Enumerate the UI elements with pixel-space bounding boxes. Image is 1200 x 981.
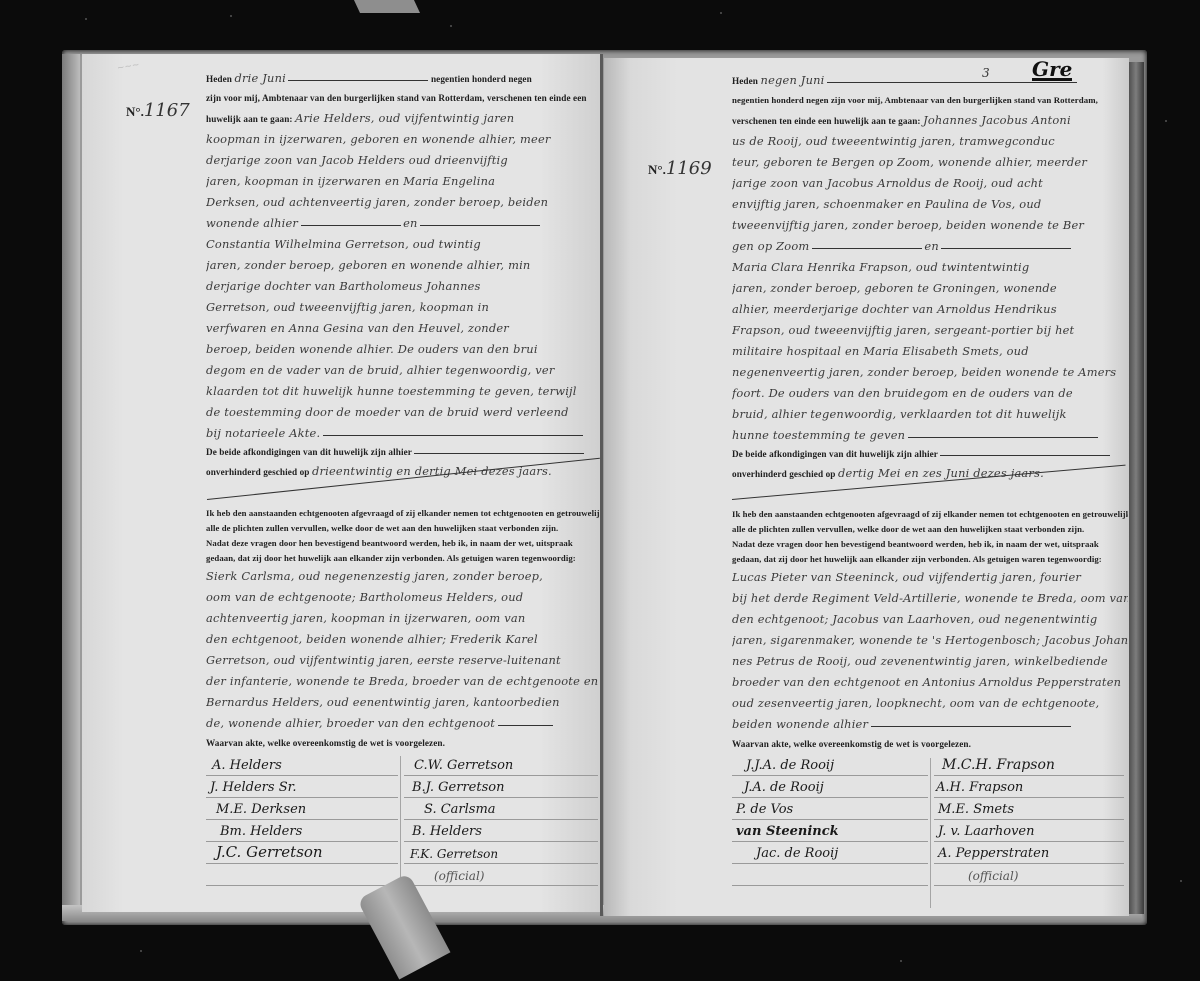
declaration-block: Ik heb den aanstaanden echtgenooten afge…	[206, 506, 602, 752]
dust-speck	[230, 15, 232, 17]
signature-row: J. Helders Sr.	[206, 776, 398, 798]
fill-rule	[288, 79, 428, 81]
printed-text: negentien honderd negen	[431, 74, 532, 84]
left-page: ~~~ N°.1167 Heden drie Juni negentien ho…	[82, 54, 602, 912]
declaration-line: alle de plichten zullen vervullen, welke…	[732, 522, 1128, 537]
witness-line: den echtgenoot, beiden wonende alhier; F…	[206, 629, 602, 650]
witness-line: Sierk Carlsma, oud negenenzestig jaren, …	[206, 566, 602, 587]
record-line: derjarige zoon van Jacob Helders oud dri…	[206, 150, 598, 171]
record-line: negentien honderd negen zijn voor mij, A…	[732, 91, 1124, 110]
declaration-line: Ik heb den aanstaanden echtgenooten afge…	[206, 506, 602, 521]
signature-row: A. Pepperstraten	[934, 842, 1124, 864]
printed-text: De beide afkondigingen van dit huwelijk …	[206, 447, 412, 457]
printed-text: De beide afkondigingen van dit huwelijk …	[732, 449, 938, 459]
record-line: degom en de vader van de bruid, alhier t…	[206, 360, 598, 381]
record-line: jaren, zonder beroep, geboren en wonende…	[206, 255, 598, 276]
record-line: koopman in ijzerwaren, geboren en wonend…	[206, 129, 598, 150]
signature: van Steeninck	[736, 824, 839, 839]
fill-rule	[812, 247, 922, 249]
record-line: huwelijk aan te gaan: Arie Helders, oud …	[206, 108, 598, 129]
record-line: militaire hospitaal en Maria Elisabeth S…	[732, 341, 1124, 362]
entry-number-prefix: N°.	[648, 162, 666, 177]
fill-rule	[908, 436, 1098, 438]
witness-line: Bernardus Helders, oud eenentwintig jare…	[206, 692, 602, 713]
record-line: jarige zoon van Jacobus Arnoldus de Rooi…	[732, 173, 1124, 194]
dust-speck	[85, 18, 87, 20]
dust-speck	[720, 12, 722, 14]
witness-line: achtenveertig jaren, koopman in ijzerwar…	[206, 608, 602, 629]
signature: J.C. Gerretson	[216, 843, 323, 861]
handwritten-date: drie Juni	[235, 71, 286, 85]
declaration-line: Nadat deze vragen door hen bevestigend b…	[206, 536, 602, 551]
record-line: bij notarieele Akte.	[206, 423, 598, 444]
fill-rule	[414, 452, 584, 454]
fill-rule	[941, 247, 1071, 249]
record-line: teur, geboren te Bergen op Zoom, wonende…	[732, 152, 1124, 173]
handwritten-text: hunne toestemming te geven	[732, 428, 905, 442]
signature-row: M.E. Smets	[934, 798, 1124, 820]
bride-name: Maria Clara Henrika Frapson, oud twinten…	[732, 257, 1124, 278]
witness-line: oom van de echtgenoote; Bartholomeus Hel…	[206, 587, 602, 608]
record-line: hunne toestemming te geven	[732, 425, 1124, 446]
signatures-right-column: M.C.H. Frapson A.H. Frapson M.E. Smets J…	[934, 754, 1124, 886]
proclamation-line-1: De beide afkondigingen van dit huwelijk …	[732, 446, 1124, 463]
declaration-line: gedaan, dat zij door het huwelijk aan el…	[732, 552, 1128, 567]
signature-row: M.E. Derksen	[206, 798, 398, 820]
signature: A. Pepperstraten	[938, 846, 1049, 861]
signature: B. Helders	[412, 824, 482, 839]
handwritten-text: gen op Zoom	[732, 239, 809, 253]
record-line: Gerretson, oud tweeenvijftig jaren, koop…	[206, 297, 598, 318]
printed-text: negentien honderd negen zijn voor mij, A…	[732, 95, 1098, 105]
record-line: Frapson, oud tweeenvijftig jaren, sergea…	[732, 320, 1124, 341]
dust-speck	[450, 25, 452, 27]
bride-name: Constantia Wilhelmina Gerretson, oud twi…	[206, 234, 598, 255]
signature-row: A. Helders	[206, 754, 398, 776]
signature: J. v. Laarhoven	[938, 824, 1035, 839]
record-line: Derksen, oud achtenveertig jaren, zonder…	[206, 192, 598, 213]
signature-row: C.W. Gerretson	[404, 754, 598, 776]
record-line: jaren, zonder beroep, geboren te Groning…	[732, 278, 1124, 299]
handwritten-text: wonende alhier	[206, 216, 298, 230]
witness-line: den echtgenoot; Jacobus van Laarhoven, o…	[732, 609, 1128, 630]
signature: A.H. Frapson	[936, 780, 1023, 795]
signature: C.W. Gerretson	[414, 758, 513, 773]
printed-text: zijn voor mij, Ambtenaar van den burgerl…	[206, 93, 587, 103]
signature-row: J.A. de Rooij	[732, 776, 928, 798]
signature-row: van Steeninck	[732, 820, 928, 842]
declaration-block: Ik heb den aanstaanden echtgenooten afge…	[732, 507, 1128, 753]
marriage-record-body: Heden drie Juni negentien honderd negen …	[206, 68, 598, 482]
signature: F.K. Gerretson	[410, 847, 498, 861]
cover-edge-left	[62, 54, 80, 920]
pencil-mark: ~~~	[116, 60, 140, 74]
signature-row: Jac. de Rooij	[732, 842, 928, 864]
fill-rule	[323, 434, 583, 436]
witness-line: broeder van den echtgenoot en Antonius A…	[732, 672, 1128, 693]
connector-en: en	[924, 239, 938, 253]
signature-row: B. Helders	[404, 820, 598, 842]
entry-number-value: 1167	[144, 100, 190, 121]
record-line: gen op Zoom en	[732, 236, 1124, 257]
printed-text: verschenen ten einde een huwelijk aan te…	[732, 116, 921, 126]
signature: M.C.H. Frapson	[942, 757, 1055, 773]
record-line: us de Rooij, oud tweeentwintig jaren, tr…	[732, 131, 1124, 152]
printed-text: onverhinderd geschied op	[732, 469, 835, 479]
printed-text: Heden	[732, 76, 758, 86]
signature: J.A. de Rooij	[744, 780, 824, 795]
groom-name: Johannes Jacobus Antoni	[923, 113, 1071, 127]
signature-row: (official)	[404, 864, 598, 886]
signature: M.E. Smets	[938, 802, 1014, 817]
dust-speck	[1165, 120, 1167, 122]
signature-row: Bm. Helders	[206, 820, 398, 842]
signature-row	[732, 864, 928, 886]
signature: S. Carlsma	[424, 802, 496, 817]
record-line: beroep, beiden wonende alhier. De ouders…	[206, 339, 598, 360]
witness-line: Gerretson, oud vijfentwintig jaren, eers…	[206, 650, 602, 671]
signature-row: (official)	[934, 864, 1124, 886]
printed-text: onverhinderd geschied op	[206, 467, 309, 477]
declaration-line: gedaan, dat zij door het huwelijk aan el…	[206, 551, 602, 566]
printed-text: huwelijk aan te gaan:	[206, 114, 293, 124]
witness-line: oud zesenveertig jaren, loopknecht, oom …	[732, 693, 1128, 714]
signatures-left-column: J.J.A. de Rooij J.A. de Rooij P. de Vos …	[732, 754, 928, 886]
entry-number-prefix: N°.	[126, 104, 144, 119]
signature-row: J. v. Laarhoven	[934, 820, 1124, 842]
record-line: tweeenvijftig jaren, zonder beroep, beid…	[732, 215, 1124, 236]
book-gutter	[600, 54, 603, 916]
signature: B.J. Gerretson	[412, 780, 504, 795]
record-line: bruid, alhier tegenwoordig, verklaarden …	[732, 404, 1124, 425]
record-line: foort. De ouders van den bruidegom en de…	[732, 383, 1124, 404]
fill-rule	[498, 724, 553, 726]
signature: J. Helders Sr.	[210, 780, 297, 795]
witness-line: der infanterie, wonende te Breda, broede…	[206, 671, 602, 692]
printed-text: Heden	[206, 74, 232, 84]
record-line: derjarige dochter van Bartholomeus Johan…	[206, 276, 598, 297]
record-line: verschenen ten einde een huwelijk aan te…	[732, 110, 1124, 131]
signature: A. Helders	[212, 758, 282, 773]
witness-line: Lucas Pieter van Steeninck, oud vijfende…	[732, 567, 1128, 588]
official-signature: (official)	[434, 869, 484, 883]
entry-number: N°.1169	[648, 158, 712, 179]
official-signature: (official)	[968, 869, 1018, 883]
fill-rule	[827, 81, 1077, 83]
record-line: Heden negen Juni	[732, 70, 1124, 91]
bookmark-tab-top	[354, 0, 420, 13]
fill-rule	[420, 224, 540, 226]
signature-row: P. de Vos	[732, 798, 928, 820]
signature-row: J.C. Gerretson	[206, 842, 398, 864]
record-line: Heden drie Juni negentien honderd negen	[206, 68, 598, 89]
record-line: verfwaren en Anna Gesina van den Heuvel,…	[206, 318, 598, 339]
closing-statement: Waarvan akte, welke overeenkomstig de we…	[206, 734, 602, 752]
signature: M.E. Derksen	[216, 802, 306, 817]
signature-row: J.J.A. de Rooij	[732, 754, 928, 776]
witness-line: de, wonende alhier, broeder van den echt…	[206, 713, 602, 734]
signature: P. de Vos	[736, 802, 793, 817]
record-line: jaren, koopman in ijzerwaren en Maria En…	[206, 171, 598, 192]
fill-rule	[301, 224, 401, 226]
handwritten-text: beiden wonende alhier	[732, 717, 868, 731]
signature-row: A.H. Frapson	[934, 776, 1124, 798]
record-line: wonende alhier en	[206, 213, 598, 234]
record-line: klaarden tot dit huwelijk hunne toestemm…	[206, 381, 598, 402]
signatures-left-column: A. Helders J. Helders Sr. M.E. Derksen B…	[206, 754, 398, 886]
record-line: zijn voor mij, Ambtenaar van den burgerl…	[206, 89, 598, 108]
fill-rule	[871, 725, 1071, 727]
signature-divider	[930, 758, 931, 908]
declaration-line: Ik heb den aanstaanden echtgenooten afge…	[732, 507, 1128, 522]
groom-name: Arie Helders, oud vijfentwintig jaren	[295, 111, 514, 125]
witness-line: nes Petrus de Rooij, oud zevenentwintig …	[732, 651, 1128, 672]
signature-row: F.K. Gerretson	[404, 842, 598, 864]
handwritten-text: bij notarieele Akte.	[206, 426, 320, 440]
signature: Bm. Helders	[220, 824, 302, 839]
declaration-line: alle de plichten zullen vervullen, welke…	[206, 521, 602, 536]
marriage-record-body: Heden negen Juni negentien honderd negen…	[732, 70, 1124, 484]
entry-number-value: 1169	[666, 158, 712, 179]
signature-row: S. Carlsma	[404, 798, 598, 820]
proclamation-line-1: De beide afkondigingen van dit huwelijk …	[206, 444, 598, 461]
dust-speck	[1180, 880, 1182, 882]
closing-statement: Waarvan akte, welke overeenkomstig de we…	[732, 735, 1128, 753]
signature: Jac. de Rooij	[756, 846, 838, 861]
signature-row: M.C.H. Frapson	[934, 754, 1124, 776]
handwritten-date: negen Juni	[761, 73, 825, 87]
record-line: envijftig jaren, schoenmaker en Paulina …	[732, 194, 1124, 215]
record-line: alhier, meerderjarige dochter van Arnold…	[732, 299, 1124, 320]
page-stack-edge	[1128, 62, 1144, 914]
signature: J.J.A. de Rooij	[746, 758, 834, 773]
dust-speck	[140, 950, 142, 952]
proclamation-dates: dertig Mei en zes Juni dezes jaars.	[838, 466, 1044, 480]
declaration-line: Nadat deze vragen door hen bevestigend b…	[732, 537, 1128, 552]
signatures-right-column: C.W. Gerretson B.J. Gerretson S. Carlsma…	[404, 754, 598, 886]
entry-number: N°.1167	[126, 100, 190, 121]
witness-line: jaren, sigarenmaker, wonende te 's Herto…	[732, 630, 1128, 651]
connector-en: en	[403, 216, 417, 230]
handwritten-text: de, wonende alhier, broeder van den echt…	[206, 716, 495, 730]
record-line: de toestemming door de moeder van de bru…	[206, 402, 598, 423]
witness-line: beiden wonende alhier	[732, 714, 1128, 735]
record-line: negenenveertig jaren, zonder beroep, bei…	[732, 362, 1124, 383]
witness-line: bij het derde Regiment Veld-Artillerie, …	[732, 588, 1128, 609]
dust-speck	[900, 960, 902, 962]
fill-rule	[940, 454, 1110, 456]
signature-row: B.J. Gerretson	[404, 776, 598, 798]
right-page: 3 Gre N°.1169 Heden negen Juni negentien…	[604, 58, 1129, 916]
signature-row	[206, 864, 398, 886]
